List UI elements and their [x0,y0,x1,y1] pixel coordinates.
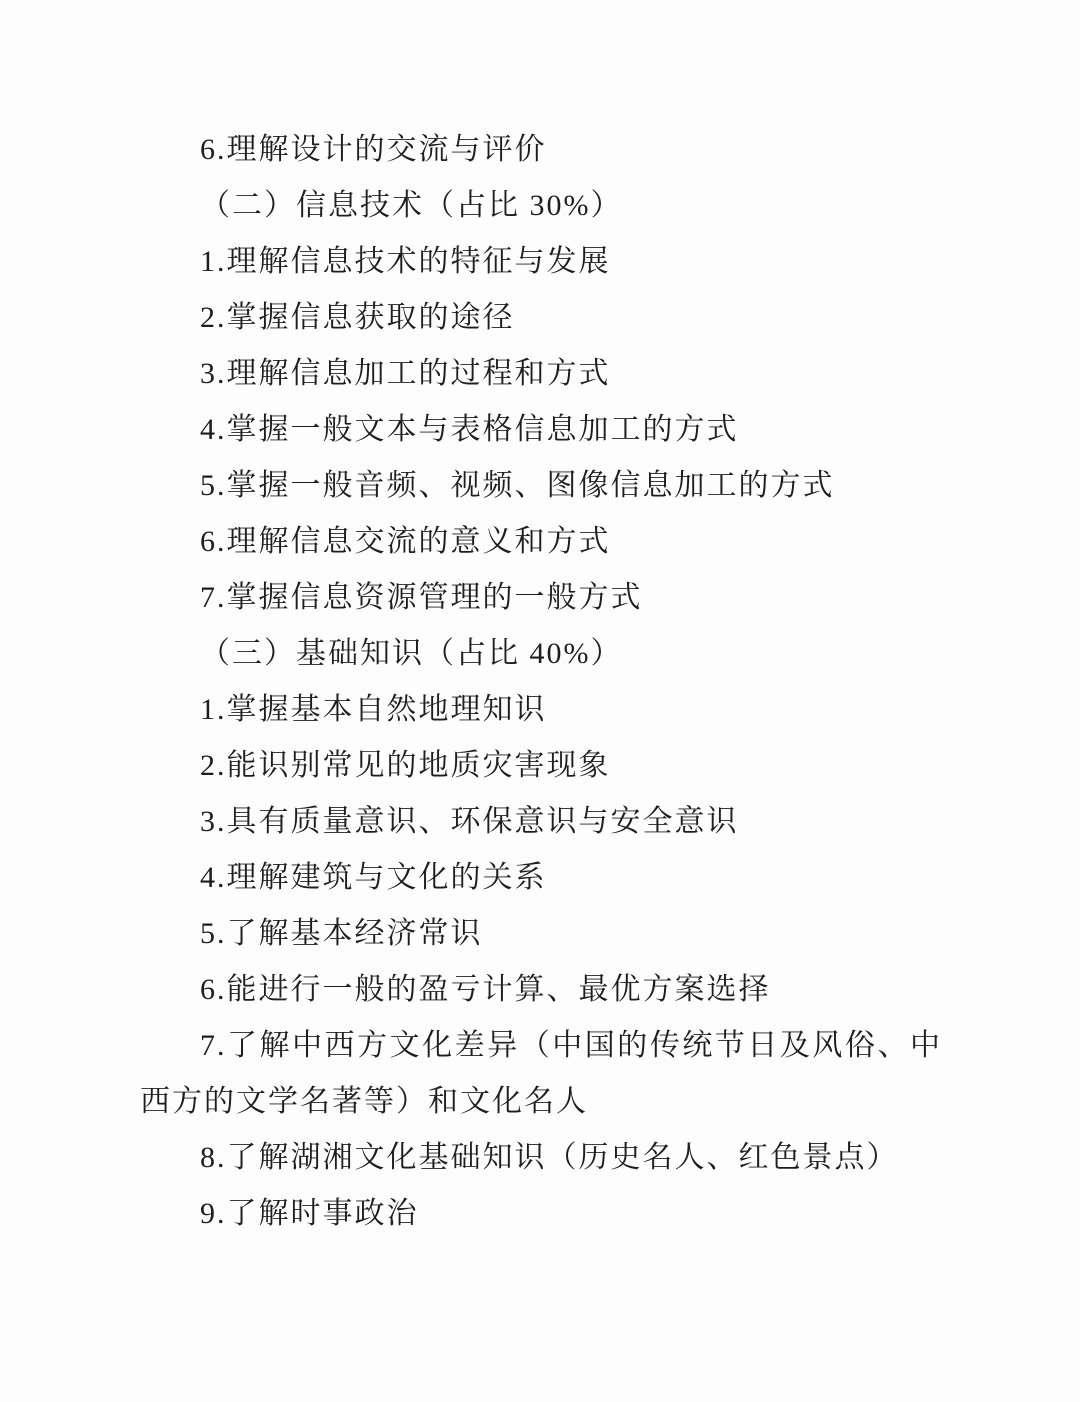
syllabus-item: 3.具有质量意识、环保意识与安全意识 [140,794,942,850]
syllabus-item: 1.理解信息技术的特征与发展 [140,234,942,290]
syllabus-item: 6.能进行一般的盈亏计算、最优方案选择 [140,962,942,1018]
syllabus-section-heading: （三）基础知识（占比 40%） [140,626,942,682]
syllabus-item: 4.理解建筑与文化的关系 [140,850,942,906]
syllabus-item: 3.理解信息加工的过程和方式 [140,346,942,402]
syllabus-item: 8.了解湖湘文化基础知识（历史名人、红色景点） [140,1130,942,1186]
document-page: 6.理解设计的交流与评价 （二）信息技术（占比 30%） 1.理解信息技术的特征… [0,0,1080,1402]
syllabus-item: 5.掌握一般音频、视频、图像信息加工的方式 [140,458,942,514]
syllabus-item: 7.了解中西方文化差异（中国的传统节日及风俗、中西方的文学名著等）和文化名人 [140,1018,942,1130]
syllabus-item: 6.理解设计的交流与评价 [140,122,942,178]
syllabus-item: 2.能识别常见的地质灾害现象 [140,738,942,794]
syllabus-item: 5.了解基本经济常识 [140,906,942,962]
syllabus-item: 1.掌握基本自然地理知识 [140,682,942,738]
syllabus-section-heading: （二）信息技术（占比 30%） [140,178,942,234]
syllabus-item: 4.掌握一般文本与表格信息加工的方式 [140,402,942,458]
syllabus-item: 2.掌握信息获取的途径 [140,290,942,346]
syllabus-item: 6.理解信息交流的意义和方式 [140,514,942,570]
syllabus-item: 9.了解时事政治 [140,1186,942,1242]
syllabus-item: 7.掌握信息资源管理的一般方式 [140,570,942,626]
